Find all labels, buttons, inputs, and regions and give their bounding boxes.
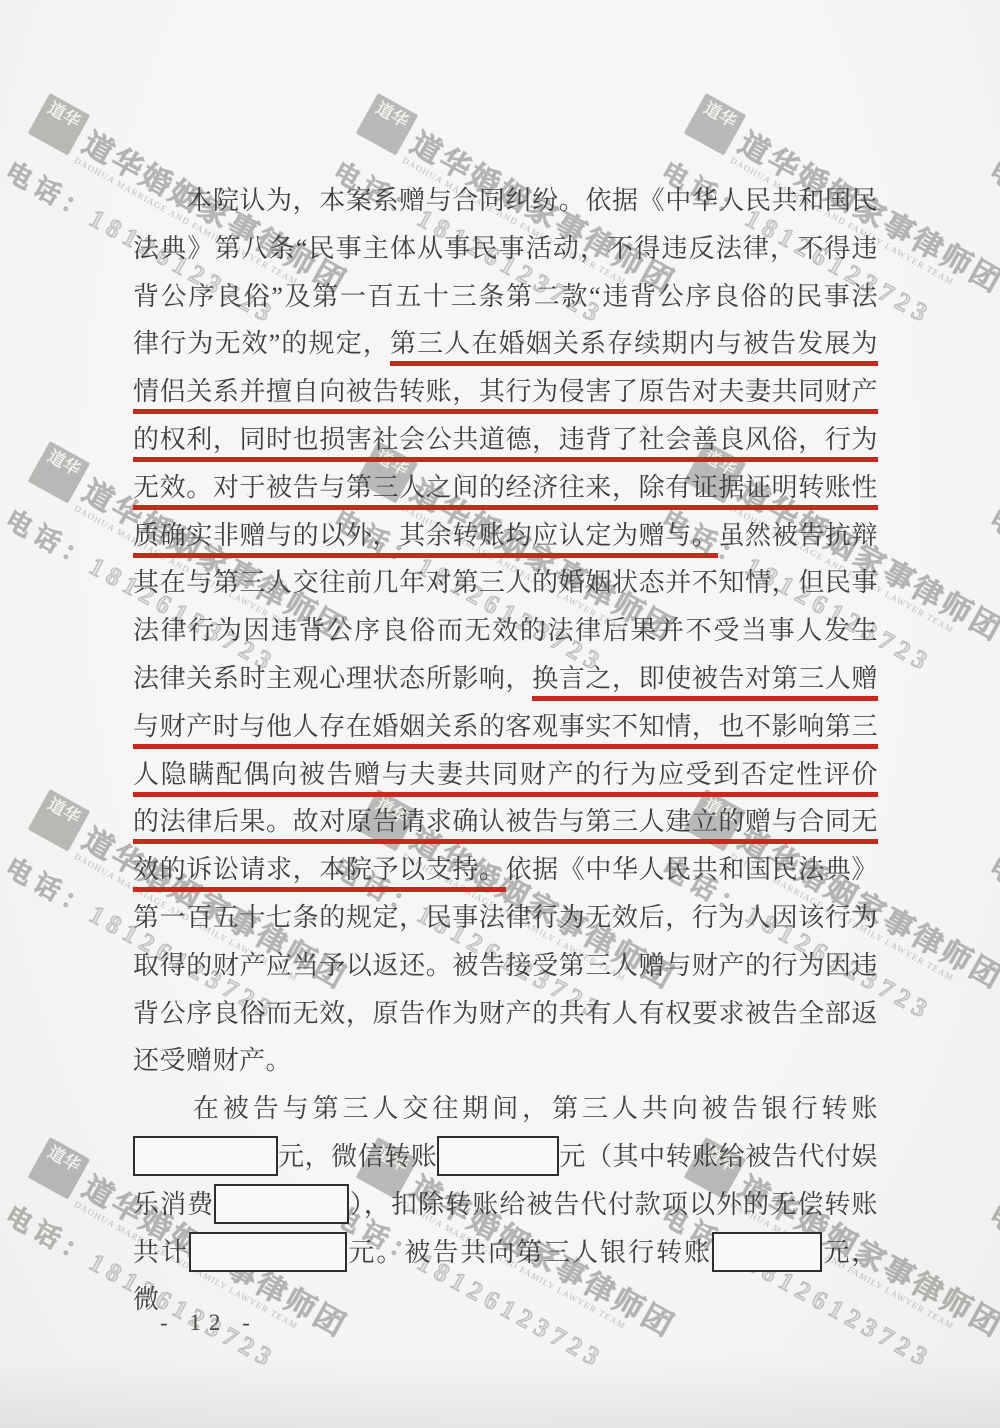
underlined-text: 第三人在婚姻关系存续期内与被告发展为: [390, 329, 878, 366]
text-line: 本院认为，本案系赠与合同纠纷。依据《中华人民共和国民: [133, 177, 878, 225]
text-line: 元，微信转账元（其中转账给被告代付娱: [133, 1133, 878, 1181]
text-segment: 依据《中华人民共和国民法典》: [506, 855, 878, 884]
watermark-tile: 道华道华婚姻家事律师团DAOHUA MARRIAGE AND FAMILY LA…: [984, 441, 1000, 706]
underlined-text: 效的诉讼请求，本院予以支持。: [133, 855, 506, 892]
text-segment: 背公序良俗而无效，原告作为财产的共有人有权要求被告全部返: [133, 999, 878, 1028]
text-segment: 元。被告共向第三人银行转账: [347, 1238, 712, 1267]
text-segment: 法律关系时主观心理状态所影响，: [133, 664, 532, 693]
law-firm-seal-icon: 道华: [28, 789, 91, 852]
text-line: 取得的财产应当予以返还。被告接受第三人赠与财产的行为因违: [133, 942, 878, 990]
law-firm-seal-icon: 道华: [356, 93, 419, 156]
text-line: 背公序良俗而无效，原告作为财产的共有人有权要求被告全部返: [133, 990, 878, 1038]
text-segment: 其在与第三人交往前几年对第三人的婚姻状态并不知情，但民事: [133, 568, 878, 597]
text-line: 共计元。被告共向第三人银行转账元，微: [133, 1229, 878, 1277]
text-segment: 还受赠财产。: [133, 1046, 292, 1075]
underlined-text: 换言之，即使被告对第三人赠: [532, 664, 878, 701]
text-line: 质确实非赠与的以外，其余转账均应认定为赠与。虽然被告抗辩: [133, 512, 878, 560]
underlined-text: 无效。对于被告与第三人之间的经济往来，除有证据证明转账性: [133, 473, 878, 510]
law-firm-seal-icon: 道华: [28, 441, 91, 504]
text-line: 第一百五十七条的规定，民事法律行为无效后，行为人因该行为: [133, 894, 878, 942]
underlined-text: 人隐瞒配偶向被告赠与夫妻共同财产的行为应受到否定性评价: [133, 760, 878, 797]
text-line: 乐消费），扣除转账给被告代付款项以外的无偿转账: [133, 1181, 878, 1229]
watermark-phone-text: 电话：18126123723: [984, 152, 1000, 359]
text-line: 的法律后果。故对原告请求确认被告与第三人建立的赠与合同无: [133, 798, 878, 846]
redacted-amount-box: [189, 1232, 347, 1272]
law-firm-seal-icon: 道华: [28, 1137, 91, 1200]
text-segment: ），扣除转账给被告代付款项以外的无偿转账: [349, 1190, 878, 1219]
text-line: 其在与第三人交往前几年对第三人的婚姻状态并不知情，但民事: [133, 559, 878, 607]
text-segment: 元，微信转账: [278, 1142, 437, 1171]
redacted-amount-box: [712, 1232, 822, 1272]
underlined-text: 情侣关系并擅自向被告转账，其行为侵害了原告对夫妻共同财产: [133, 377, 878, 414]
text-segment: 元（其中转账给被告代付娱: [559, 1142, 878, 1171]
watermark-phone-text: 电话：18126123723: [984, 1196, 1000, 1403]
redacted-amount-box: [437, 1136, 559, 1176]
text-segment: 第一百五十七条的规定，民事法律行为无效后，行为人因该行为: [133, 903, 878, 932]
text-segment: 共计: [133, 1238, 189, 1267]
text-segment: 在被告与第三人交往期间，第三人共向被告银行转账: [133, 1094, 878, 1123]
text-segment: 背公序良俗”及第一百五十三条第二款“违背公序良俗的民事法: [133, 282, 878, 311]
text-line: 背公序良俗”及第一百五十三条第二款“违背公序良俗的民事法: [133, 273, 878, 321]
text-segment: 取得的财产应当予以返还。被告接受第三人赠与财产的行为因违: [133, 951, 878, 980]
watermark-tile: 道华道华婚姻家事律师团DAOHUA MARRIAGE AND FAMILY LA…: [984, 93, 1000, 358]
text-segment: 律行为无效”的规定，: [133, 329, 390, 358]
text-line: 还受赠财产。: [133, 1037, 878, 1085]
redacted-amount-box: [133, 1136, 278, 1176]
judgment-text: 本院认为，本案系赠与合同纠纷。依据《中华人民共和国民法典》第八条“民事主体从事民…: [133, 177, 878, 1276]
text-line: 的权利，同时也损害社会公共道德，违背了社会善良风俗，行为: [133, 416, 878, 464]
text-line: 法律关系时主观心理状态所影响，换言之，即使被告对第三人赠: [133, 655, 878, 703]
text-segment: 虽然被告抗辩: [718, 521, 878, 550]
watermark-phone-text: 电话：18126123723: [984, 848, 1000, 1055]
law-firm-seal-icon: 道华: [684, 93, 747, 156]
watermark-tile: 道华道华婚姻家事律师团DAOHUA MARRIAGE AND FAMILY LA…: [984, 789, 1000, 1054]
underlined-text: 与财产时与他人存在婚姻关系的客观事实不知情，也不影响第三: [133, 712, 878, 749]
redacted-amount-box: [214, 1184, 349, 1224]
underlined-text: 的权利，同时也损害社会公共道德，违背了社会善良风俗，行为: [133, 425, 878, 462]
text-line: 律行为无效”的规定，第三人在婚姻关系存续期内与被告发展为: [133, 320, 878, 368]
text-segment: 法律行为因违背公序良俗而无效的法律后果并不受当事人发生: [133, 616, 878, 645]
watermark-tile: 道华道华婚姻家事律师团DAOHUA MARRIAGE AND FAMILY LA…: [984, 1137, 1000, 1402]
text-line: 效的诉讼请求，本院予以支持。依据《中华人民共和国民法典》: [133, 846, 878, 894]
text-line: 与财产时与他人存在婚姻关系的客观事实不知情，也不影响第三: [133, 703, 878, 751]
text-line: 法律行为因违背公序良俗而无效的法律后果并不受当事人发生: [133, 607, 878, 655]
underlined-text: 的法律后果。故对原告请求确认被告与第三人建立的赠与合同无: [133, 807, 878, 844]
document-page: 道华道华婚姻家事律师团DAOHUA MARRIAGE AND FAMILY LA…: [0, 0, 1000, 1428]
text-line: 人隐瞒配偶向被告赠与夫妻共同财产的行为应受到否定性评价: [133, 751, 878, 799]
text-line: 情侣关系并擅自向被告转账，其行为侵害了原告对夫妻共同财产: [133, 368, 878, 416]
watermark-phone-text: 电话：18126123723: [984, 500, 1000, 707]
page-number: - 12 -: [160, 1310, 258, 1336]
text-segment: 本院认为，本案系赠与合同纠纷。依据《中华人民共和国民: [133, 186, 878, 215]
underlined-text: 质确实非赠与的以外，其余转账均应认定为赠与。: [133, 521, 718, 558]
text-line: 法典》第八条“民事主体从事民事活动，不得违反法律，不得违: [133, 225, 878, 273]
text-line: 无效。对于被告与第三人之间的经济往来，除有证据证明转账性: [133, 464, 878, 512]
text-segment: 法典》第八条“民事主体从事民事活动，不得违反法律，不得违: [133, 234, 878, 263]
text-line: 在被告与第三人交往期间，第三人共向被告银行转账: [133, 1085, 878, 1133]
text-segment: 乐消费: [133, 1190, 214, 1219]
law-firm-seal-icon: 道华: [28, 93, 91, 156]
